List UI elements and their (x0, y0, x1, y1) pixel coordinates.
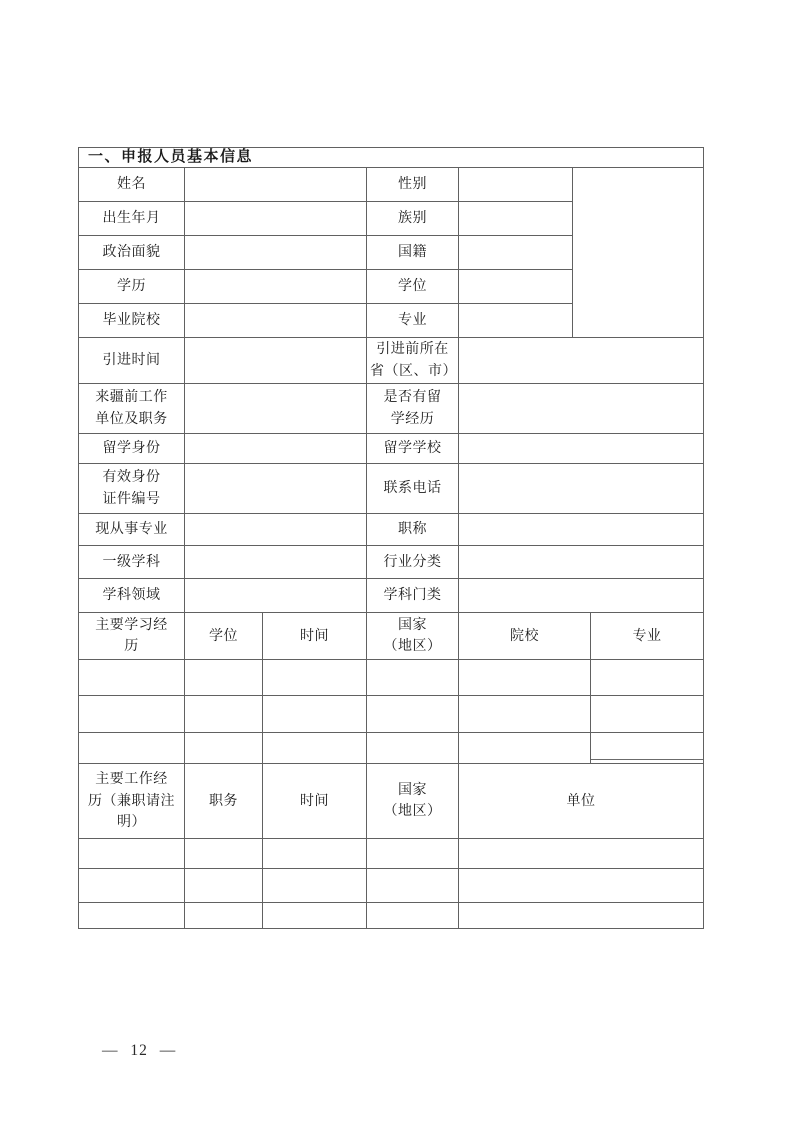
current-specialty-value-cell[interactable] (185, 514, 367, 546)
discipline-category-label: 学科门类 (367, 579, 459, 613)
birth-date-label: 出生年月 (79, 202, 185, 236)
photo-box[interactable] (573, 168, 704, 338)
work-history-cell[interactable] (459, 869, 704, 903)
applicant-info-table: 一、申报人员基本信息 姓名 性别 出生年月 族别 政治面貌 国籍 学历 学位 (78, 147, 704, 929)
ethnicity-label: 族别 (367, 202, 459, 236)
graduate-school-label: 毕业院校 (79, 304, 185, 338)
industry-category-value-cell[interactable] (459, 546, 704, 579)
overseas-study-experience-value-cell[interactable] (459, 384, 704, 434)
work-history-cell[interactable] (367, 869, 459, 903)
edu-degree-column-header: 学位 (185, 613, 263, 660)
overseas-study-school-label: 留学学校 (367, 434, 459, 464)
education-history-cell[interactable] (263, 696, 367, 733)
edu-school-column-header: 院校 (459, 613, 591, 660)
education-history-cell[interactable] (367, 733, 459, 764)
introduction-time-label: 引进时间 (79, 338, 185, 384)
education-value-cell[interactable] (185, 270, 367, 304)
degree-label: 学位 (367, 270, 459, 304)
name-label: 姓名 (79, 168, 185, 202)
political-status-label: 政治面貌 (79, 236, 185, 270)
industry-category-label: 行业分类 (367, 546, 459, 579)
name-value-cell[interactable] (185, 168, 367, 202)
education-history-cell[interactable] (79, 660, 185, 696)
first-level-discipline-label: 一级学科 (79, 546, 185, 579)
work-history-cell[interactable] (367, 903, 459, 929)
work-history-cell[interactable] (263, 839, 367, 869)
first-level-discipline-value-cell[interactable] (185, 546, 367, 579)
work-history-label: 主要工作经 历（兼职请注 明） (79, 764, 185, 839)
work-history-cell[interactable] (459, 839, 704, 869)
professional-title-label: 职称 (367, 514, 459, 546)
nationality-label: 国籍 (367, 236, 459, 270)
edu-time-column-header: 时间 (263, 613, 367, 660)
valid-id-number-label: 有效身份 证件编号 (79, 464, 185, 514)
education-history-cell[interactable] (459, 660, 591, 696)
education-history-cell[interactable] (459, 696, 591, 733)
education-history-cell[interactable] (263, 660, 367, 696)
work-history-cell[interactable] (459, 903, 704, 929)
pre-xinjiang-employer-value-cell[interactable] (185, 384, 367, 434)
section-title: 一、申报人员基本信息 (79, 148, 704, 168)
education-history-cell[interactable] (185, 696, 263, 733)
edu-major-column-header: 专业 (591, 613, 704, 660)
discipline-field-label: 学科领域 (79, 579, 185, 613)
overseas-study-identity-value-cell[interactable] (185, 434, 367, 464)
education-history-cell[interactable] (591, 660, 704, 696)
pre-introduction-province-label: 引进前所在 省（区、市） (367, 338, 459, 384)
work-history-cell[interactable] (263, 869, 367, 903)
education-history-cell[interactable] (263, 733, 367, 764)
birth-date-value-cell[interactable] (185, 202, 367, 236)
gender-value-cell[interactable] (459, 168, 573, 202)
overseas-study-school-value-cell[interactable] (459, 434, 704, 464)
work-history-cell[interactable] (367, 839, 459, 869)
discipline-field-value-cell[interactable] (185, 579, 367, 613)
ethnicity-value-cell[interactable] (459, 202, 573, 236)
education-history-cell[interactable] (185, 733, 263, 764)
overseas-study-identity-label: 留学身份 (79, 434, 185, 464)
work-history-cell[interactable] (79, 869, 185, 903)
work-history-cell[interactable] (185, 903, 263, 929)
education-history-cell[interactable] (591, 733, 704, 764)
major-value-cell[interactable] (459, 304, 573, 338)
pre-xinjiang-employer-label: 来疆前工作 单位及职务 (79, 384, 185, 434)
education-label: 学历 (79, 270, 185, 304)
education-history-cell[interactable] (591, 696, 704, 733)
contact-phone-label: 联系电话 (367, 464, 459, 514)
degree-value-cell[interactable] (459, 270, 573, 304)
education-history-cell[interactable] (367, 696, 459, 733)
work-history-cell[interactable] (185, 839, 263, 869)
work-history-cell[interactable] (79, 903, 185, 929)
professional-title-value-cell[interactable] (459, 514, 704, 546)
work-time-column-header: 时间 (263, 764, 367, 839)
work-country-column-header: 国家 （地区） (367, 764, 459, 839)
graduate-school-value-cell[interactable] (185, 304, 367, 338)
discipline-category-value-cell[interactable] (459, 579, 704, 613)
introduction-time-value-cell[interactable] (185, 338, 367, 384)
political-status-value-cell[interactable] (185, 236, 367, 270)
document-page: 一、申报人员基本信息 姓名 性别 出生年月 族别 政治面貌 国籍 学历 学位 (0, 0, 793, 1122)
overseas-study-experience-label: 是否有留 学经历 (367, 384, 459, 434)
education-history-cell[interactable] (459, 733, 591, 764)
current-specialty-label: 现从事专业 (79, 514, 185, 546)
work-position-column-header: 职务 (185, 764, 263, 839)
nationality-value-cell[interactable] (459, 236, 573, 270)
valid-id-number-value-cell[interactable] (185, 464, 367, 514)
education-history-cell[interactable] (367, 660, 459, 696)
education-history-cell[interactable] (79, 733, 185, 764)
page-number: — 12 — (102, 1042, 176, 1060)
contact-phone-value-cell[interactable] (459, 464, 704, 514)
work-history-cell[interactable] (185, 869, 263, 903)
education-history-label: 主要学习经 历 (79, 613, 185, 660)
work-employer-column-header: 单位 (459, 764, 704, 839)
education-history-cell[interactable] (185, 660, 263, 696)
edu-country-column-header: 国家 （地区） (367, 613, 459, 660)
pre-introduction-province-value-cell[interactable] (459, 338, 704, 384)
work-history-cell[interactable] (263, 903, 367, 929)
gender-label: 性别 (367, 168, 459, 202)
major-label: 专业 (367, 304, 459, 338)
work-history-cell[interactable] (79, 839, 185, 869)
education-history-cell[interactable] (79, 696, 185, 733)
